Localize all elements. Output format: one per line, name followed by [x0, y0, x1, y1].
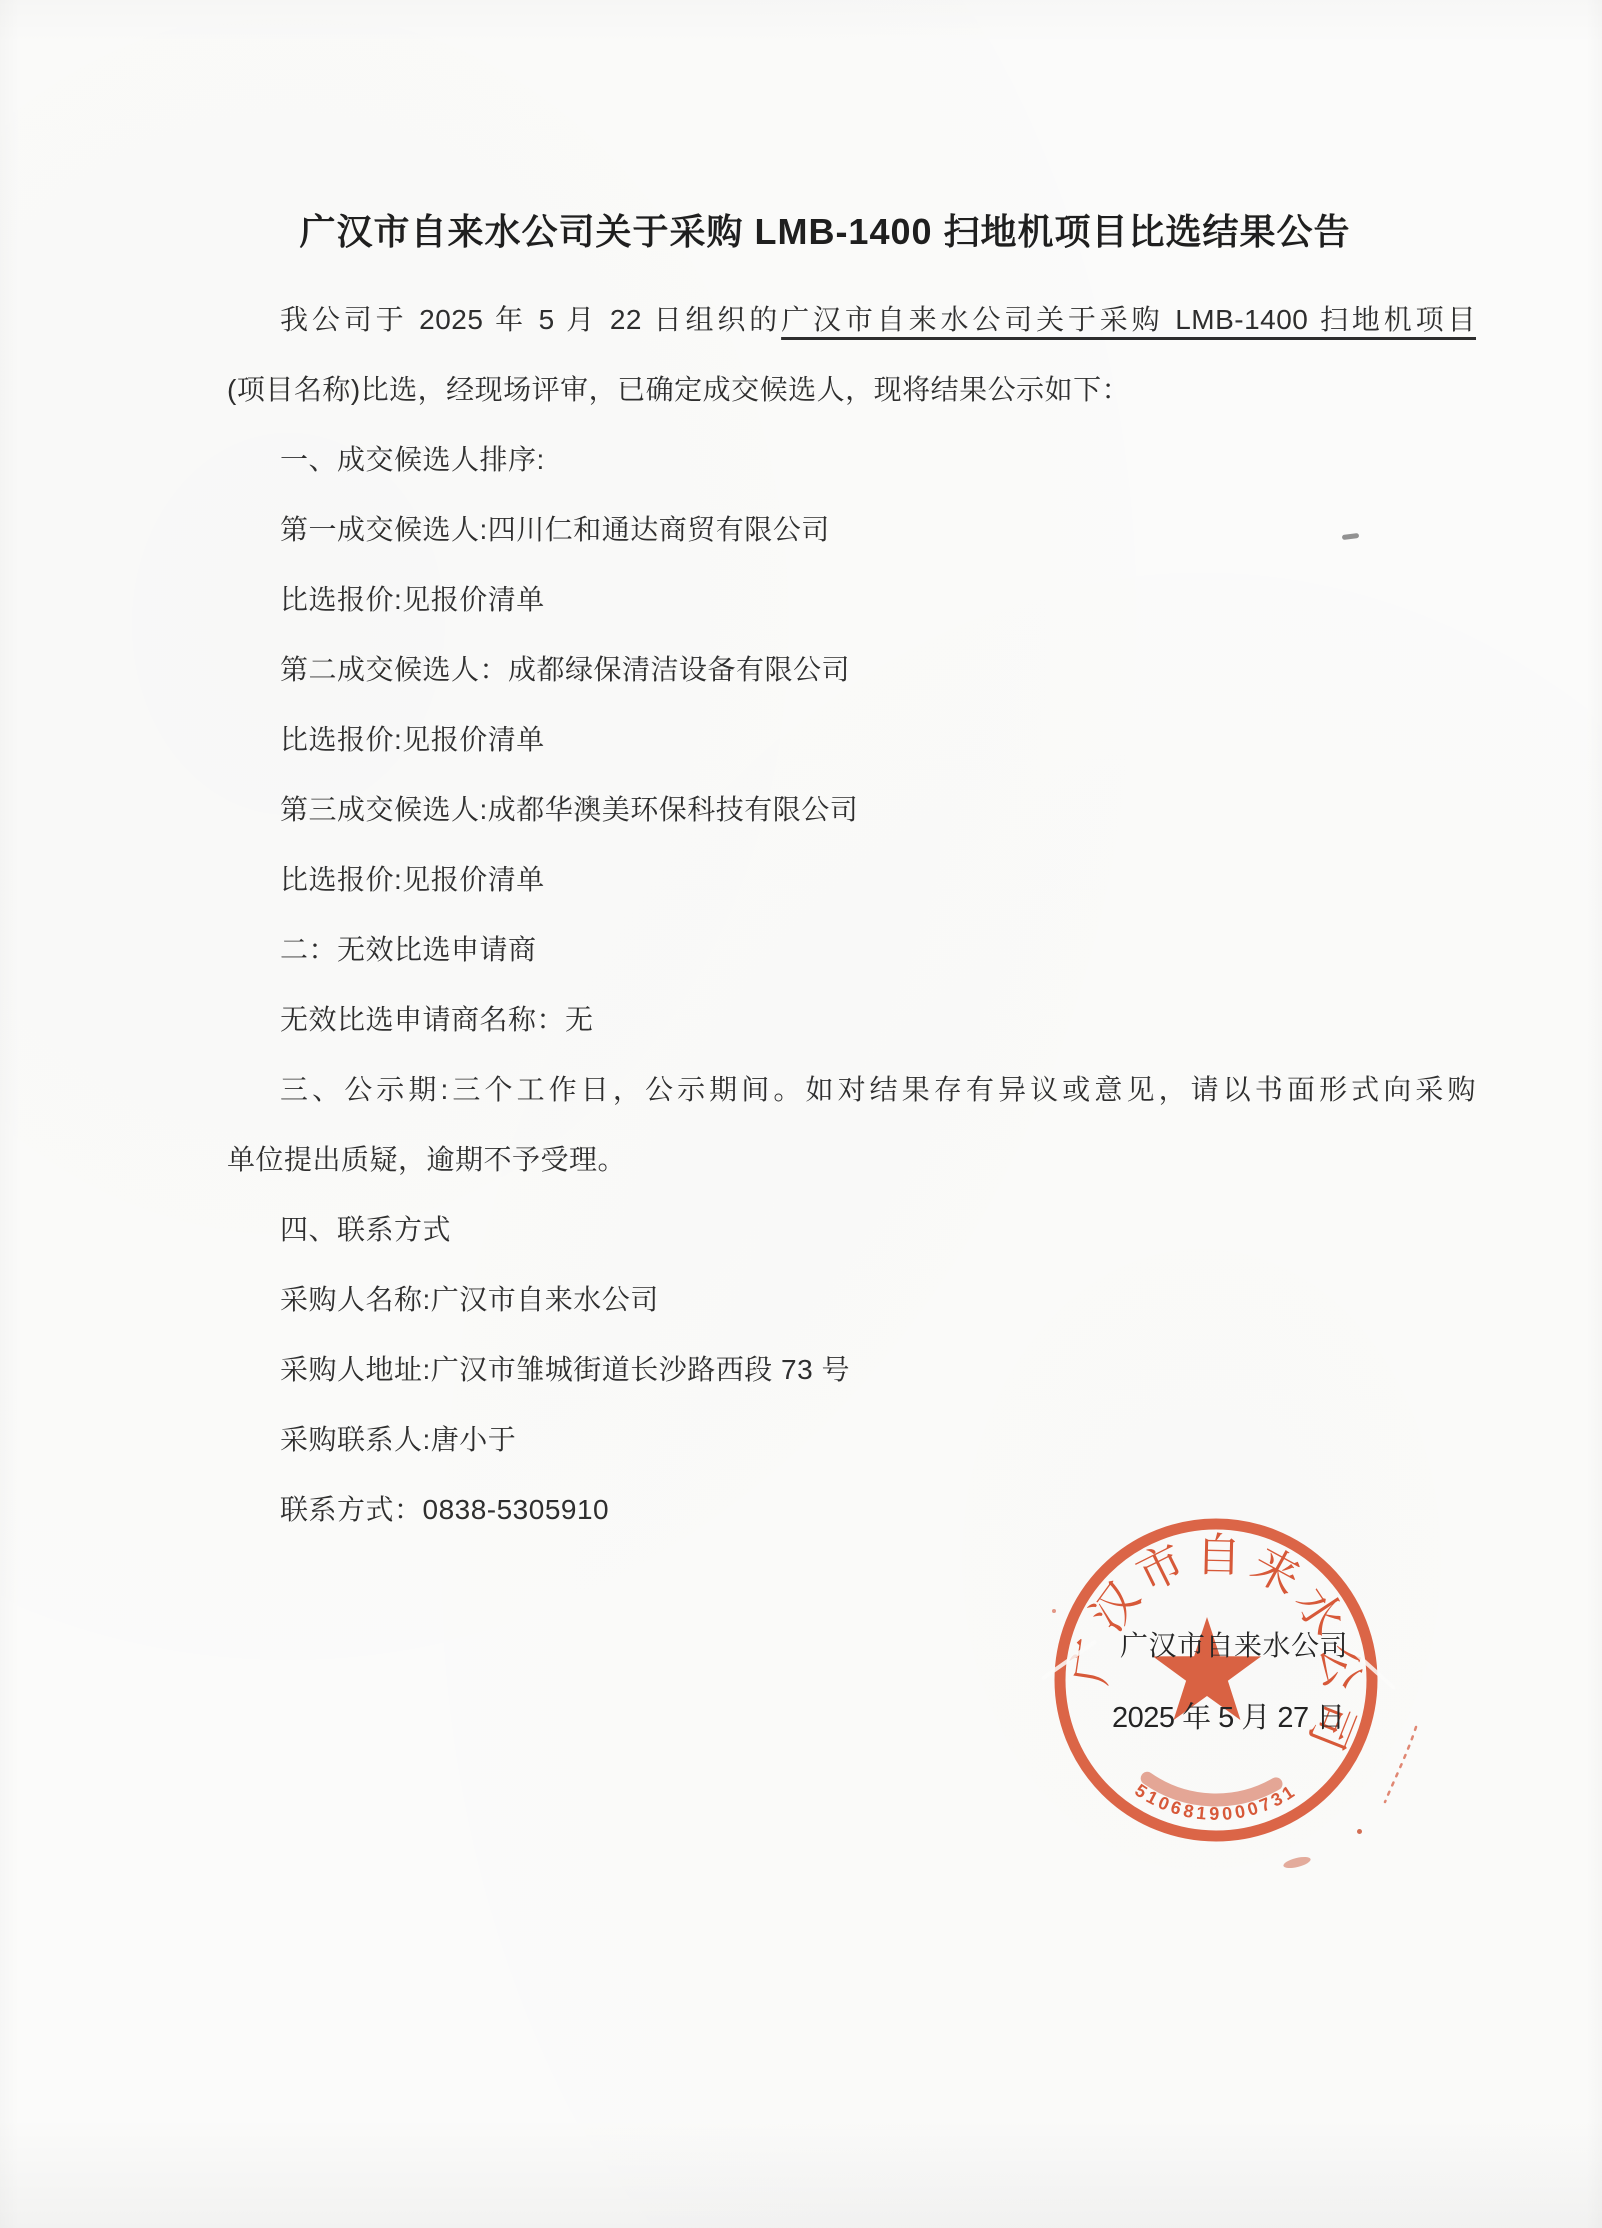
section-2-heading: 二：无效比选申请商 — [227, 933, 1476, 967]
invalid-applicants: 无效比选申请商名称：无 — [227, 1003, 1476, 1037]
candidate-2-quote: 比选报价:见报价清单 — [227, 723, 1476, 757]
section-3-line-1: 三、公示期:三个工作日，公示期间。如对结果存有异议或意见，请以书面形式向采购 — [227, 1073, 1476, 1107]
candidate-3-quote: 比选报价:见报价清单 — [227, 863, 1476, 897]
section-4-heading: 四、联系方式 — [227, 1213, 1476, 1247]
intro-line-2: (项目名称)比选，经现场评审，已确定成交候选人，现将结果公示如下： — [227, 373, 1423, 407]
contact-person: 采购联系人:唐小于 — [227, 1423, 1476, 1457]
seal-arc-char: 自 — [1195, 1529, 1242, 1582]
document-title: 广汉市自来水公司关于采购 LMB-1400 扫地机项目比选结果公告 — [227, 210, 1423, 254]
intro-line-1-prefix: 我公司于 2025 年 5 月 22 日组织的 — [280, 304, 781, 335]
section-1-heading: 一、成交候选人排序: — [227, 443, 1476, 477]
project-name-underlined: 广汉市自来水公司关于采购 LMB-1400 扫地机项目 — [781, 304, 1476, 335]
scan-artifact-dot — [1357, 1829, 1362, 1834]
scan-artifact-red-arc — [1330, 1690, 1430, 1840]
section-3-line-2: 单位提出质疑，逾期不予受理。 — [227, 1143, 1423, 1177]
purchaser-name: 采购人名称:广汉市自来水公司 — [227, 1283, 1476, 1317]
candidate-3: 第三成交候选人:成都华澳美环保科技有限公司 — [227, 793, 1476, 827]
signature-date: 2025 年 5 月 27 日 — [1112, 1701, 1345, 1735]
scanned-document-page: 广汉市自来水公司关于采购 LMB-1400 扫地机项目比选结果公告 我公司于 2… — [0, 0, 1602, 2228]
candidate-2: 第二成交候选人：成都绿保清洁设备有限公司 — [227, 653, 1476, 687]
scan-artifact-smudge — [1282, 1855, 1311, 1871]
candidate-1: 第一成交候选人:四川仁和通达商贸有限公司 — [227, 513, 1476, 547]
scan-artifact-dot — [1052, 1609, 1056, 1613]
signature-company-name: 广汉市自来水公司 — [1120, 1630, 1348, 1662]
intro-line-1: 我公司于 2025 年 5 月 22 日组织的广汉市自来水公司关于采购 LMB-… — [227, 303, 1476, 337]
candidate-1-quote: 比选报价:见报价清单 — [227, 583, 1476, 617]
purchaser-address: 采购人地址:广汉市雏城街道长沙路西段 73 号 — [227, 1353, 1476, 1387]
